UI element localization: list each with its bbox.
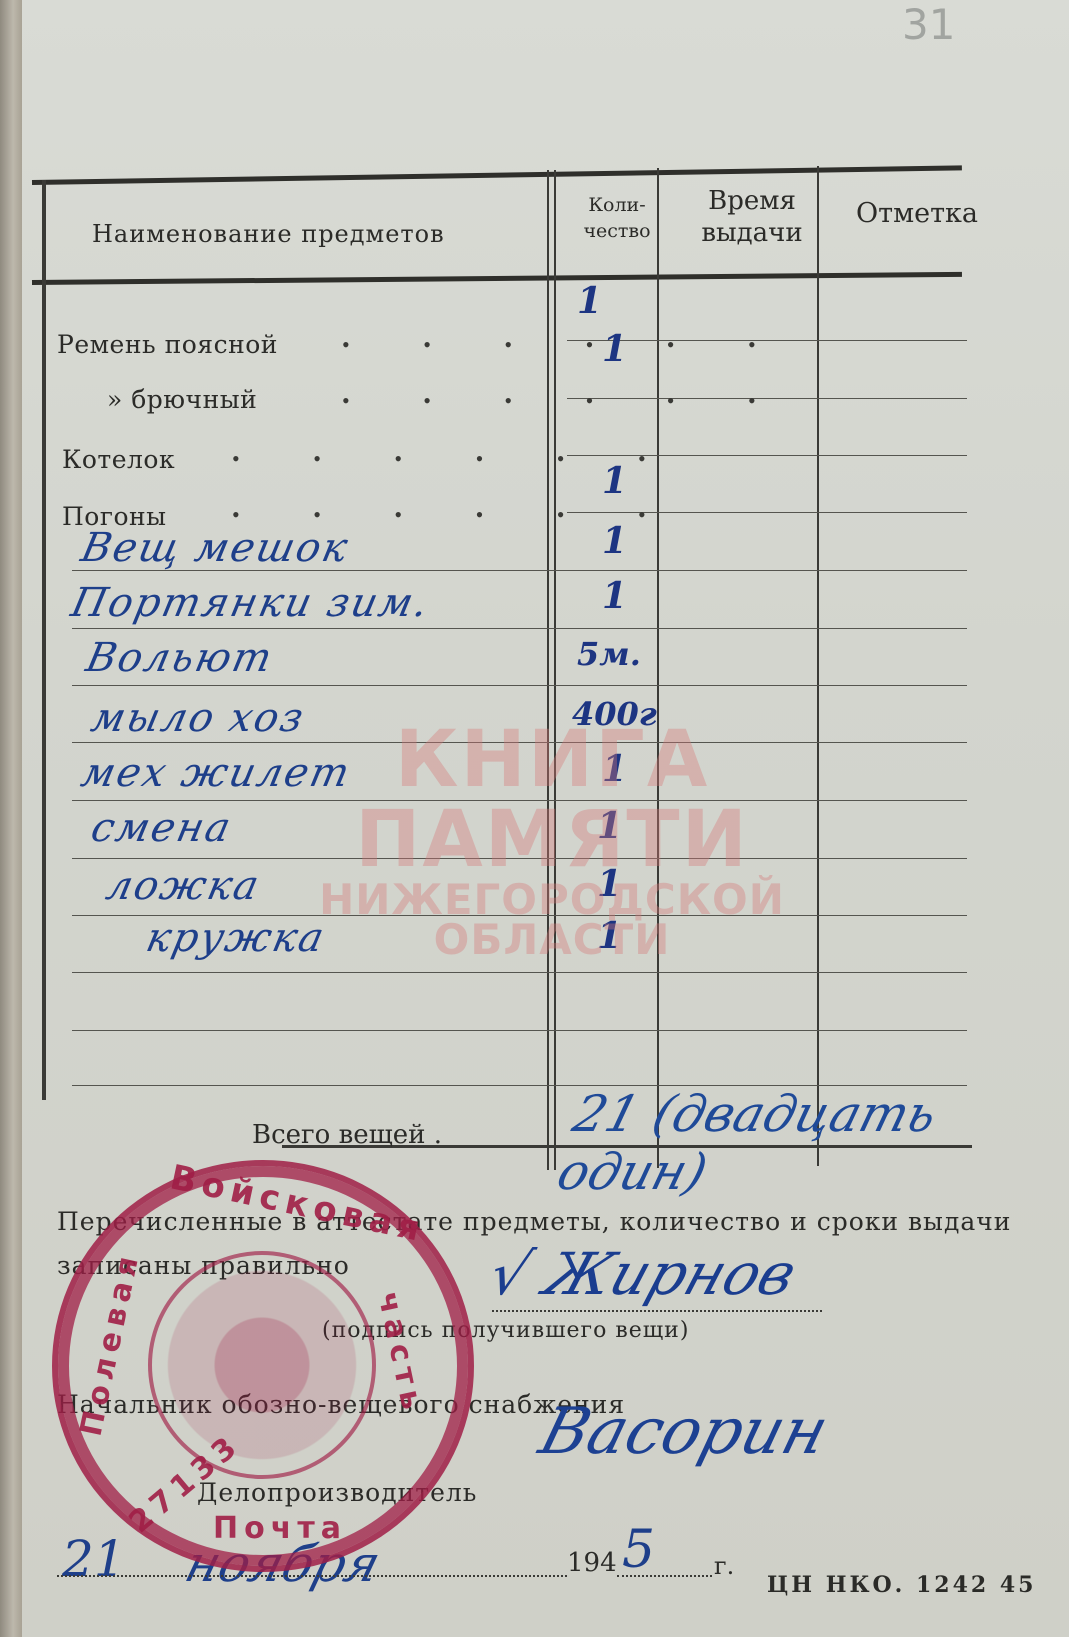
col-divider-1b: [554, 170, 556, 1170]
item-name: мех жилет: [77, 750, 355, 796]
item-name: » брючный: [107, 385, 257, 414]
row-rule: [72, 800, 967, 801]
row-rule: [72, 742, 967, 743]
row-rule: [72, 628, 967, 629]
total-label: Всего вещей .: [252, 1120, 442, 1150]
item-name: кружка: [142, 915, 330, 961]
row-rule: [72, 972, 967, 973]
item-quantity: 400г: [572, 695, 657, 733]
header-issue-time-line2: выдачи: [682, 217, 822, 249]
row-rule: [72, 685, 967, 686]
recipient-signature: √ Жирнов: [481, 1240, 805, 1308]
header-quantity-line2: чество: [572, 218, 662, 244]
col-divider-2: [657, 168, 659, 1168]
form-code: ЦН НКО. 1242 45: [767, 1572, 1037, 1598]
chief-label: Начальник обозно-вещевого снабжения: [57, 1390, 625, 1419]
item-name: мыло хоз: [87, 695, 309, 741]
row-rule: [72, 858, 967, 859]
item-name: Котелок: [62, 445, 175, 474]
item-name: смена: [87, 805, 236, 851]
item-quantity: 1: [597, 863, 622, 905]
item-name: Портянки зим.: [67, 580, 434, 626]
recipient-signature-line: [492, 1310, 822, 1312]
date-day: 21: [62, 1530, 126, 1588]
item-name: Вольют: [82, 635, 278, 681]
item-quantity: 1: [602, 328, 627, 370]
table-left-border: [42, 180, 46, 1100]
clerk-label: Делопроизводитель: [197, 1478, 477, 1507]
document-page: 31 Наименование предметов Коли- чество В…: [22, 0, 1069, 1637]
recipient-signature-caption: (подпись получившего вещи): [322, 1318, 689, 1343]
item-quantity: 1: [602, 748, 627, 790]
item-quantity: 1: [577, 280, 602, 322]
table-top-border: [32, 165, 962, 185]
date-line: [57, 1575, 567, 1577]
total-value: 21 (двадцать один): [551, 1085, 1069, 1201]
page-number: 31: [902, 0, 955, 49]
chief-signature: Васорин: [532, 1395, 836, 1469]
header-item-name: Наименование предметов: [92, 220, 445, 248]
date-month: ноября: [179, 1535, 386, 1593]
header-quantity-line1: Коли-: [572, 192, 662, 218]
year-line: [617, 1575, 712, 1577]
dot-leader: • • • • • •: [342, 332, 790, 358]
item-name: Ремень поясной: [57, 330, 278, 359]
header-issue-time: Время выдачи: [682, 185, 822, 249]
header-quantity: Коли- чество: [572, 192, 662, 244]
item-name: Вещ мешок: [77, 525, 353, 571]
item-quantity: 1: [597, 915, 622, 957]
header-mark: Отметка: [832, 198, 1002, 229]
book-spine: [0, 0, 22, 1637]
col-divider-3: [817, 166, 819, 1166]
year-suffix: 5: [622, 1520, 655, 1580]
header-issue-time-line1: Время: [682, 185, 822, 217]
col-divider-1a: [547, 170, 549, 1170]
dot-leader: • • • • • •: [342, 388, 790, 414]
items-table: Наименование предметов Коли- чество Врем…: [32, 180, 1012, 1180]
item-name: ложка: [102, 863, 265, 909]
item-quantity: 1: [602, 575, 627, 617]
year-unit: г.: [714, 1552, 734, 1580]
row-rule: [72, 1030, 967, 1031]
item-quantity: 5м.: [577, 635, 641, 673]
item-quantity: 1: [602, 460, 627, 502]
header-bottom-border: [32, 272, 962, 285]
item-quantity: 1: [597, 805, 622, 847]
year-prefix: 194: [567, 1548, 617, 1578]
item-quantity: 1: [602, 520, 627, 562]
